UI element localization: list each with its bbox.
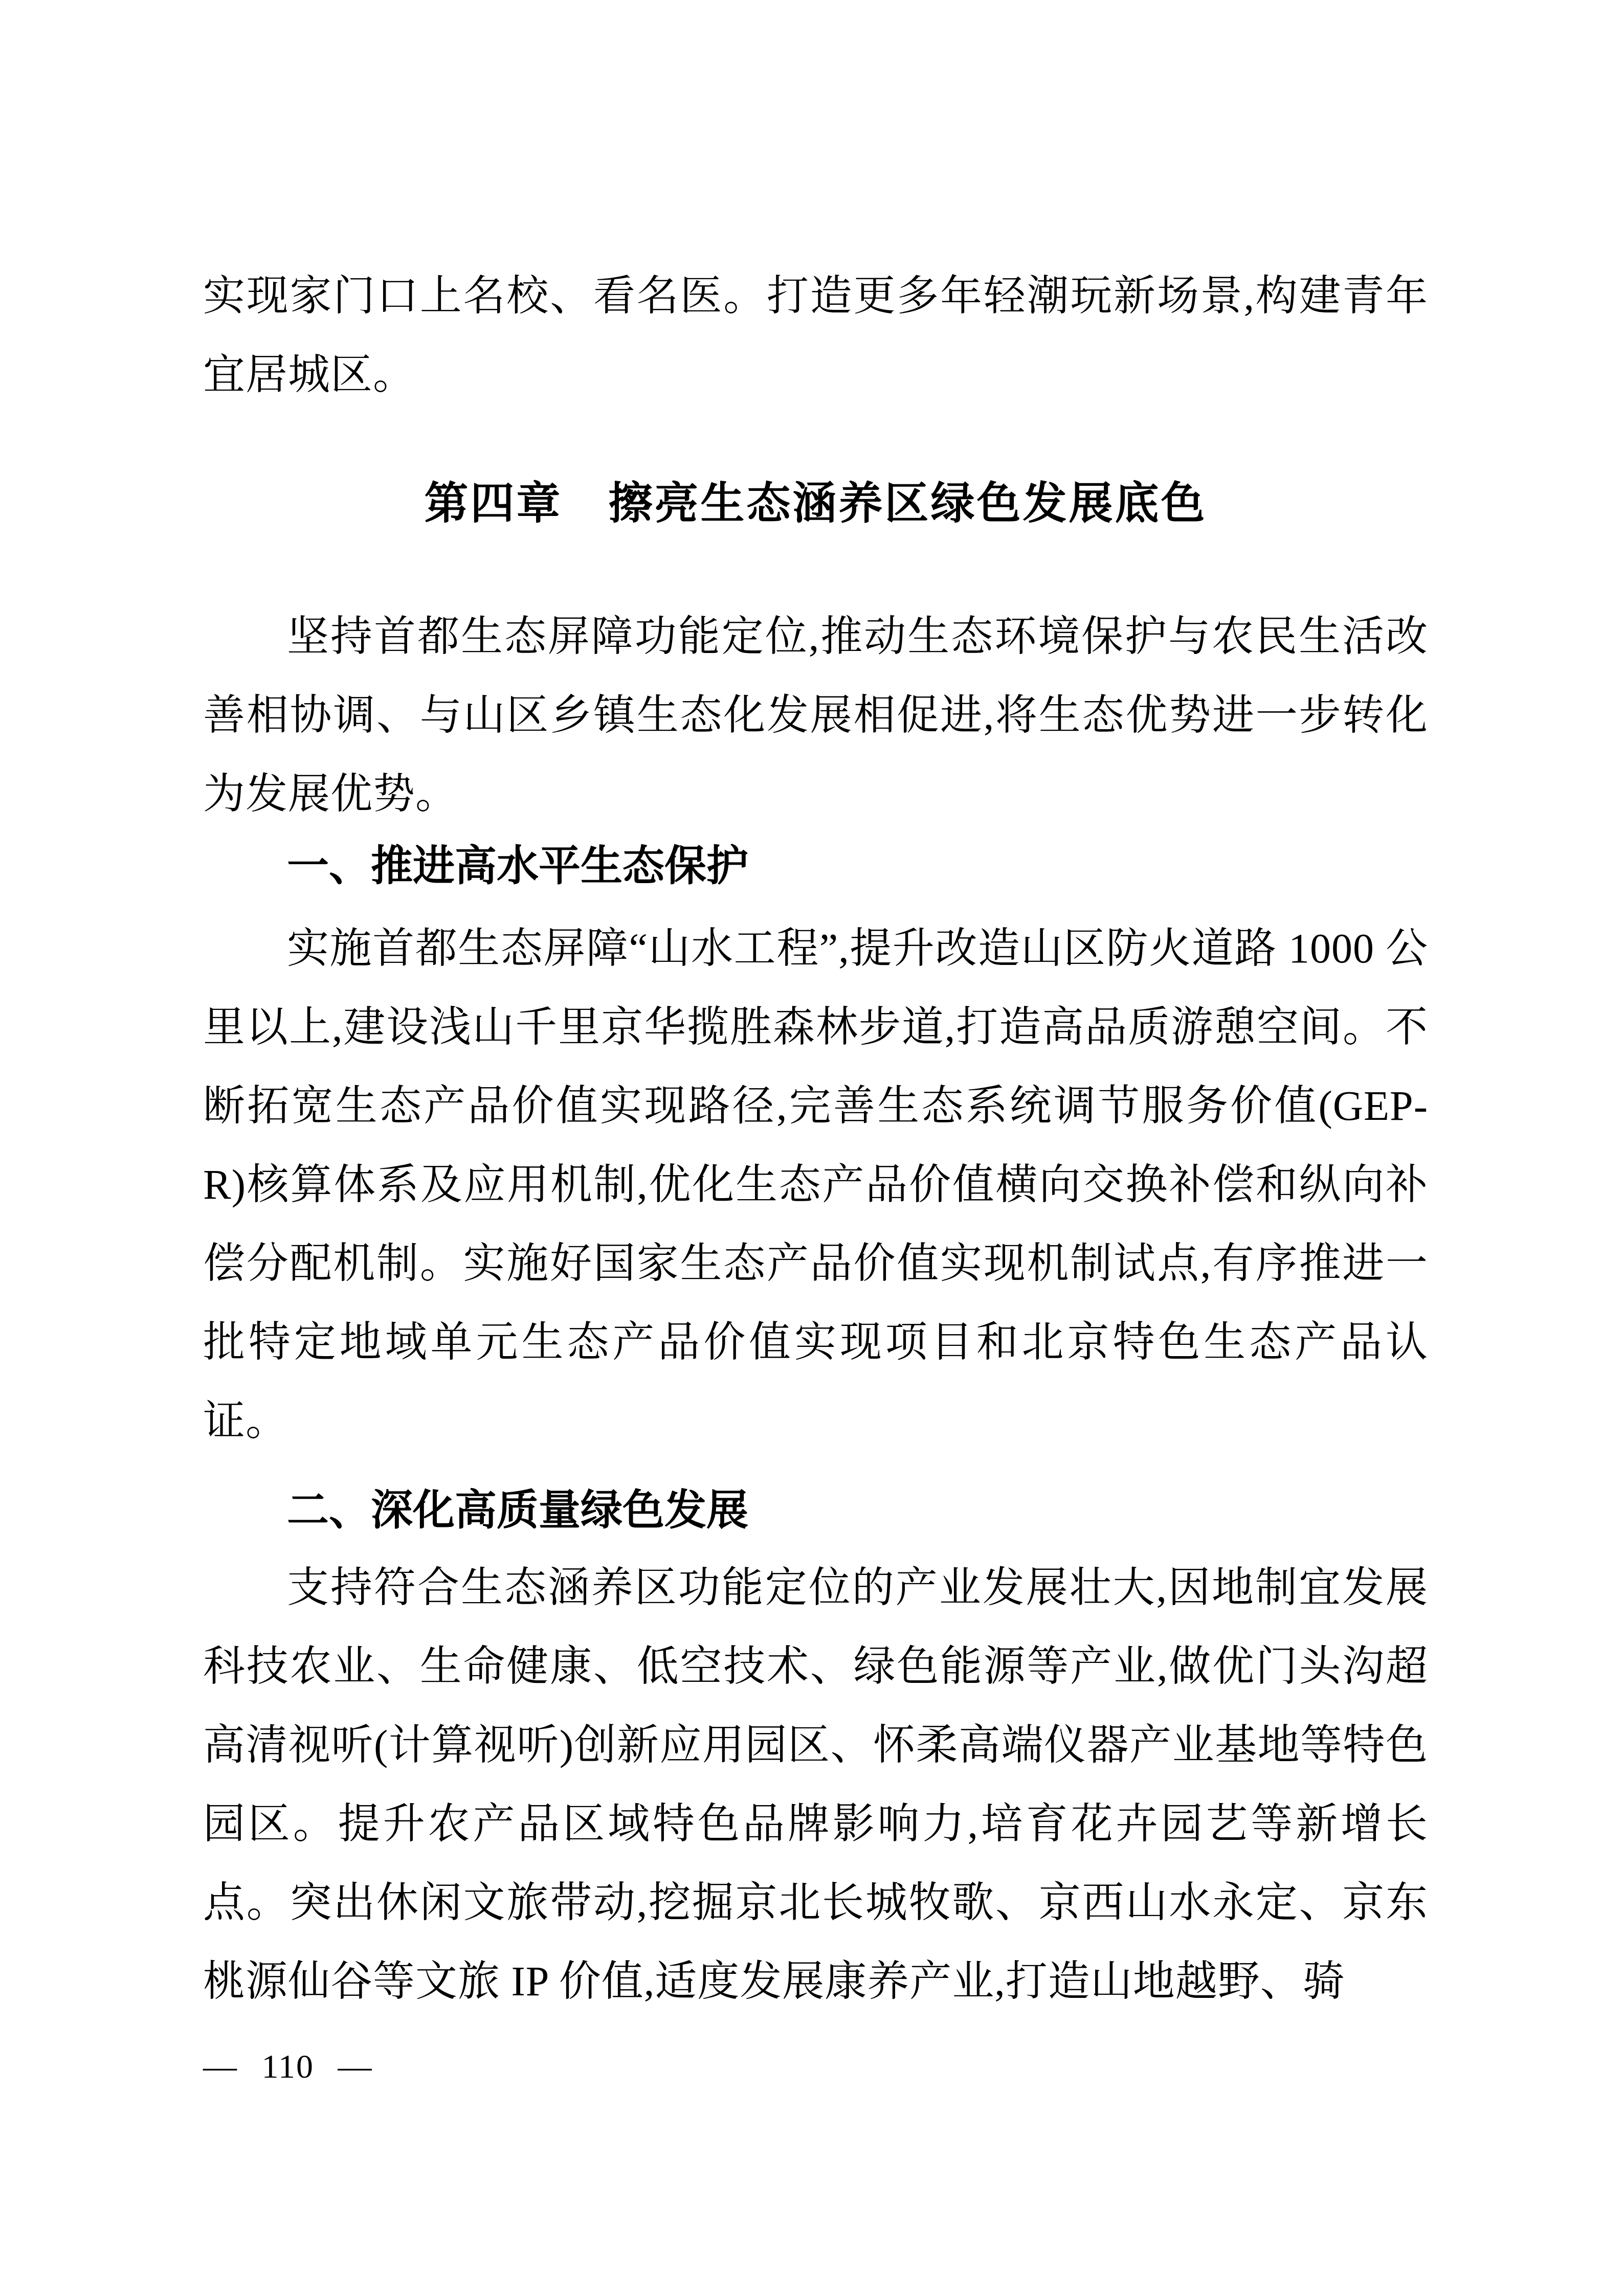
section-2-paragraph: 支持符合生态涵养区功能定位的产业发展壮大,因地制宜发展科技农业、生命健康、低空技… xyxy=(203,1548,1428,2021)
section-1-heading: 一、推进高水平生态保护 xyxy=(203,827,1428,906)
footer-page-number: — 110 — xyxy=(203,2046,373,2087)
section-2-heading: 二、深化高质量绿色发展 xyxy=(203,1471,1428,1550)
document-page: 实现家门口上名校、看名医。打造更多年轻潮玩新场景,构建青年宜居城区。 第四章 擦… xyxy=(0,0,1624,2296)
chapter-heading: 第四章 擦亮生态涵养区绿色发展底色 xyxy=(203,476,1428,532)
section-1-paragraph: 实施首都生态屏障“山水工程”,提升改造山区防火道路 1000 公里以上,建设浅山… xyxy=(203,909,1428,1460)
continuation-paragraph: 实现家门口上名校、看名医。打造更多年轻潮玩新场景,构建青年宜居城区。 xyxy=(203,257,1428,414)
lead-paragraph: 坚持首都生态屏障功能定位,推动生态环境保护与农民生活改善相协调、与山区乡镇生态化… xyxy=(203,597,1428,834)
